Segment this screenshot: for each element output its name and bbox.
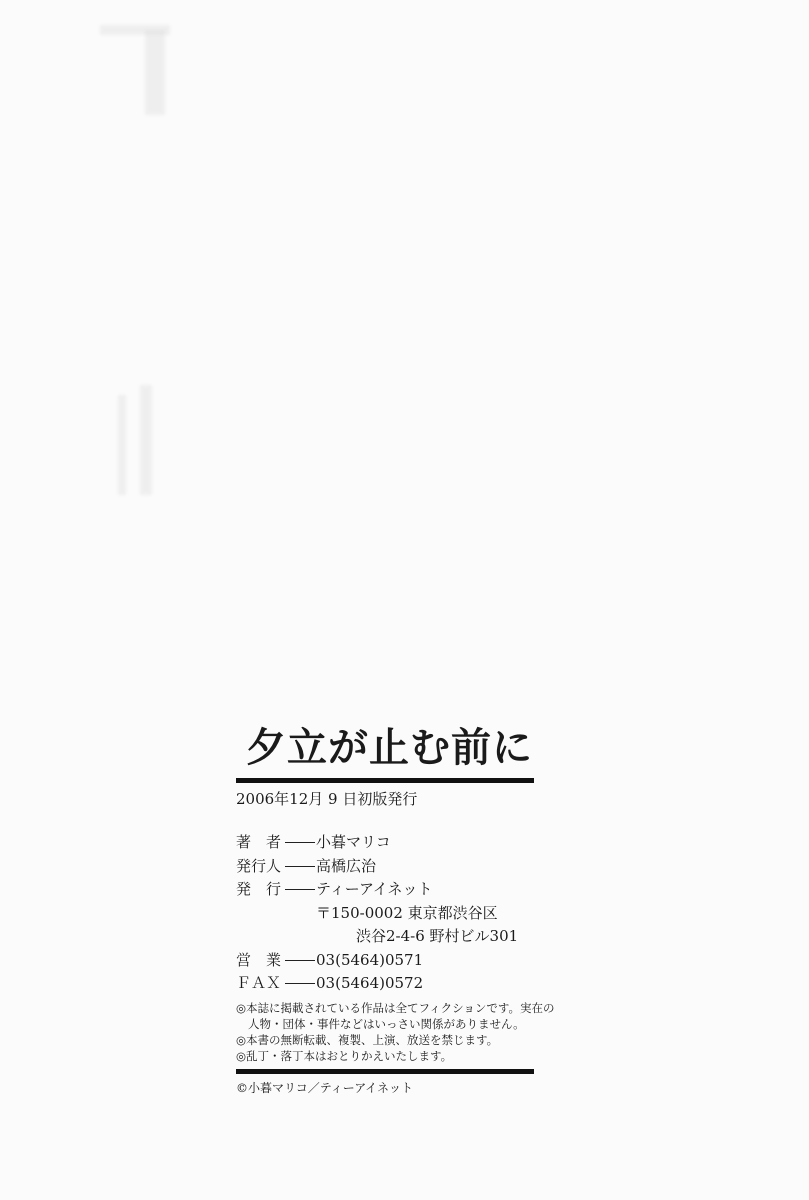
dash-separator <box>285 983 315 984</box>
address-line-2: 渋谷2-4-6 野村ビル301 <box>236 925 534 949</box>
contact-fax: ＦＡＸ 03(5464)0572 <box>236 972 534 996</box>
credit-label: 著 者 <box>236 831 284 855</box>
credit-publisher-person: 発行人 高橋広治 <box>236 855 534 879</box>
edition-date: 2006年12月 9 日初版発行 <box>236 789 534 809</box>
bottom-rule <box>236 1069 534 1074</box>
colophon: 夕立が止む前に 2006年12月 9 日初版発行 著 者 小暮マリコ 発行人 高… <box>236 722 534 1096</box>
contact-value: 03(5464)0572 <box>316 972 423 996</box>
scan-artifact-left-2 <box>140 385 152 495</box>
credit-value: 高橋広治 <box>316 855 376 879</box>
contact-label: ＦＡＸ <box>236 972 284 996</box>
notices: ◎本誌に掲載されている作品は全てフィクションです。実在の 人物・団体・事件などは… <box>236 1000 534 1064</box>
dash-separator <box>285 842 315 843</box>
notice-defects: ◎乱丁・落丁本はおとりかえいたします。 <box>236 1048 534 1064</box>
contact-value: 03(5464)0571 <box>316 949 423 973</box>
notice-fiction: ◎本誌に掲載されている作品は全てフィクションです。実在の <box>236 1000 534 1016</box>
notice-fiction-cont: 人物・団体・事件などはいっさい関係がありません。 <box>236 1016 534 1032</box>
dash-separator <box>285 889 315 890</box>
credit-author: 著 者 小暮マリコ <box>236 831 534 855</box>
credit-label: 発行人 <box>236 855 284 879</box>
credit-value: ティーアイネット <box>316 878 433 902</box>
title-rule <box>236 778 534 783</box>
contact-sales: 営 業 03(5464)0571 <box>236 949 534 973</box>
scan-artifact-top-stem <box>145 30 165 115</box>
scan-artifact-left-1 <box>118 395 126 495</box>
copyright: ©小暮マリコ／ティーアイネット <box>236 1079 534 1096</box>
credit-value: 小暮マリコ <box>316 831 391 855</box>
contact-label: 営 業 <box>236 949 284 973</box>
dash-separator <box>285 960 315 961</box>
book-title: 夕立が止む前に <box>236 722 534 774</box>
notice-reproduction: ◎本書の無断転載、複製、上演、放送を禁じます。 <box>236 1032 534 1048</box>
credit-publisher: 発 行 ティーアイネット <box>236 878 534 902</box>
credit-label: 発 行 <box>236 878 284 902</box>
address-line-1: 〒150-0002 東京都渋谷区 <box>236 902 534 926</box>
credits: 著 者 小暮マリコ 発行人 高橋広治 発 行 ティーアイネット 〒150-000… <box>236 831 534 996</box>
dash-separator <box>285 866 315 867</box>
